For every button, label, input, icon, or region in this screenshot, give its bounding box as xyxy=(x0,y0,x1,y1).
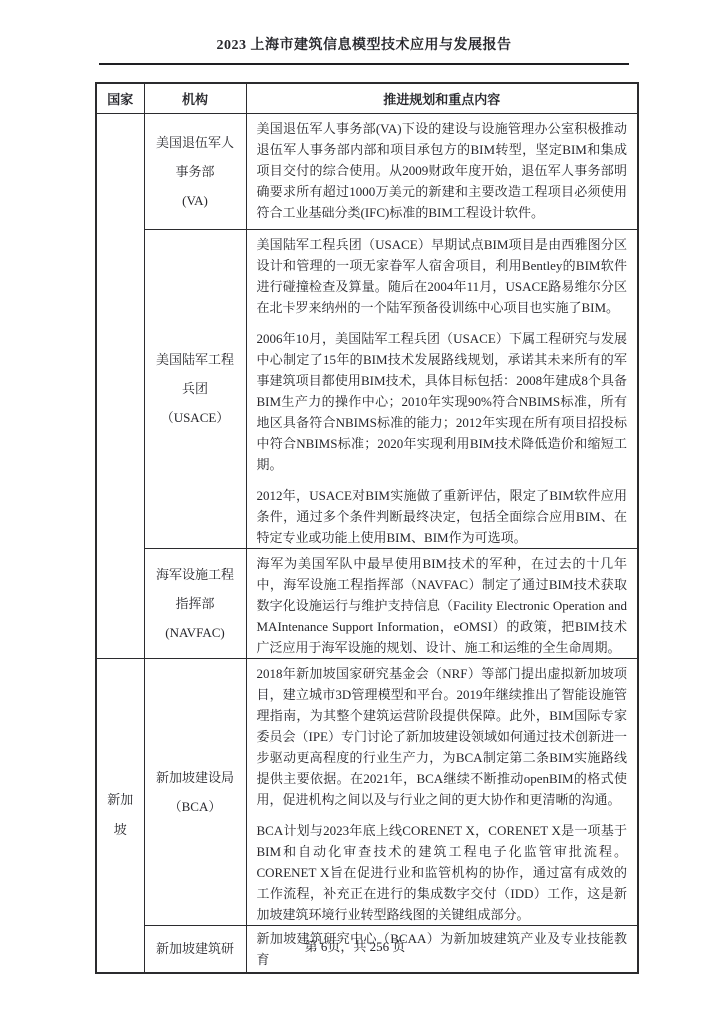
org-name-line: 新加坡建设局 xyxy=(149,763,242,792)
org-abbr-line: (NAVFAC) xyxy=(149,618,242,647)
country-cell-us xyxy=(96,113,144,658)
content-cell-bca: 2018年新加坡国家研究基金会（NRF）等部门提出虚拟新加坡项目，建立城市3D管… xyxy=(246,658,638,925)
org-abbr-line: （BCA） xyxy=(149,792,242,821)
content-paragraph: 2018年新加坡国家研究基金会（NRF）等部门提出虚拟新加坡项目，建立城市3D管… xyxy=(257,663,628,810)
page-number: 第 6页，共 256 页 xyxy=(0,936,710,955)
content-cell-navfac: 海军为美国军队中最早使用BIM技术的军种，在过去的十几年中，海军设施工程指挥部（… xyxy=(246,548,638,658)
content-paragraph: 美国退伍军人事务部(VA)下设的建设与设施管理办公室积极推动退伍军人事务部内部和… xyxy=(257,118,628,223)
document-page: 2023 上海市建筑信息模型技术应用与发展报告 国家 机构 推进规划和重点内容 … xyxy=(0,0,710,1013)
column-header-org: 机构 xyxy=(144,83,246,113)
org-abbr-line: (VA) xyxy=(149,186,242,215)
org-abbr-line: （USACE） xyxy=(149,403,242,432)
country-label-singapore: 新加坡 xyxy=(105,785,135,845)
org-name-line: 指挥部 xyxy=(149,589,242,618)
content-cell-va: 美国退伍军人事务部(VA)下设的建设与设施管理办公室积极推动退伍军人事务部内部和… xyxy=(246,113,638,229)
table-header-row: 国家 机构 推进规划和重点内容 xyxy=(96,83,638,113)
country-cell-singapore: 新加坡 xyxy=(96,658,144,973)
org-name-line: 海军设施工程 xyxy=(149,560,242,589)
content-paragraph: 海军为美国军队中最早使用BIM技术的军种，在过去的十几年中，海军设施工程指挥部（… xyxy=(257,553,628,658)
content-cell-usace: 美国陆军工程兵团（USACE）早期试点BIM项目是由西雅图分区设计和管理的一项无… xyxy=(246,229,638,548)
bim-promotion-table: 国家 机构 推进规划和重点内容 美国退伍军人 事务部 (VA) 美国退伍军人事务… xyxy=(95,82,639,974)
table-row-navfac: 海军设施工程 指挥部 (NAVFAC) 海军为美国军队中最早使用BIM技术的军种… xyxy=(96,548,638,658)
content-paragraph: BCA计划与2023年底上线CORENET X，CORENET X是一项基于BI… xyxy=(257,820,628,925)
column-header-plan: 推进规划和重点内容 xyxy=(246,83,638,113)
content-paragraph: 美国陆军工程兵团（USACE）早期试点BIM项目是由西雅图分区设计和管理的一项无… xyxy=(257,234,628,318)
column-header-country: 国家 xyxy=(96,83,144,113)
org-name-line: 美国退伍军人 xyxy=(149,128,242,157)
table-row-bca: 新加坡 新加坡建设局 （BCA） 2018年新加坡国家研究基金会（NRF）等部门… xyxy=(96,658,638,925)
org-cell-usace: 美国陆军工程 兵团 （USACE） xyxy=(144,229,246,548)
org-name-line: 事务部 xyxy=(149,157,242,186)
org-name-line: 美国陆军工程 xyxy=(149,345,242,374)
content-paragraph: 2006年10月，美国陆军工程兵团（USACE）下属工程研究与发展中心制定了15… xyxy=(257,328,628,475)
org-name-line: 兵团 xyxy=(149,374,242,403)
content-paragraph: 2012年，USACE对BIM实施做了重新评估，限定了BIM软件应用条件，通过多… xyxy=(257,485,628,548)
org-cell-navfac: 海军设施工程 指挥部 (NAVFAC) xyxy=(144,548,246,658)
table-row-va: 美国退伍军人 事务部 (VA) 美国退伍军人事务部(VA)下设的建设与设施管理办… xyxy=(96,113,638,229)
org-cell-bca: 新加坡建设局 （BCA） xyxy=(144,658,246,925)
table-row-usace: 美国陆军工程 兵团 （USACE） 美国陆军工程兵团（USACE）早期试点BIM… xyxy=(96,229,638,548)
org-cell-va: 美国退伍军人 事务部 (VA) xyxy=(144,113,246,229)
report-title: 2023 上海市建筑信息模型技术应用与发展报告 xyxy=(99,34,629,65)
